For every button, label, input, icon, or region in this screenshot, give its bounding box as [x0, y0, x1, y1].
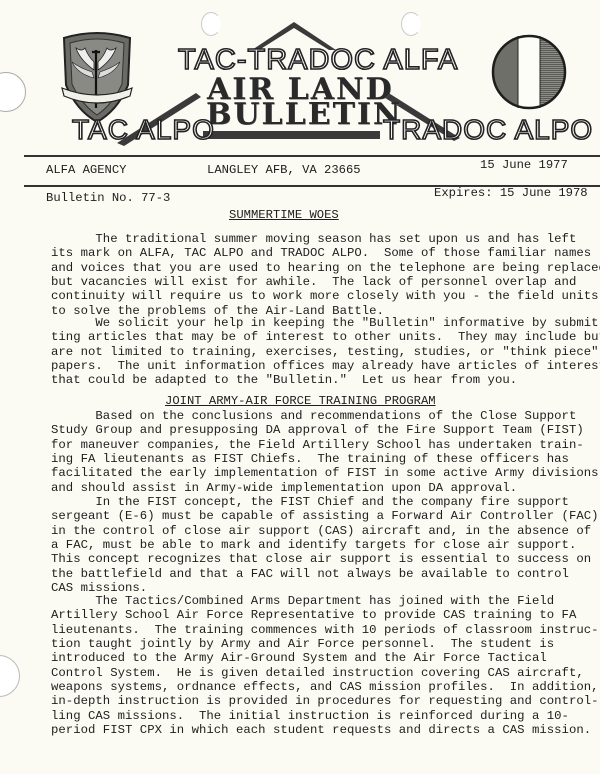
bulletin-page: TAC-TRADOC ALFA AIR LAND BULLETIN TAC AL… [0, 0, 600, 774]
agency-location: LANGLEY AFB, VA 23665 [207, 163, 361, 177]
bulletin-number: Bulletin No. 77-3 [46, 191, 170, 205]
tac-shield-emblem-icon [58, 30, 136, 125]
expiration-date: Expires: 15 June 1978 [434, 186, 588, 200]
tradoc-circle-emblem-icon [491, 32, 567, 112]
paragraph: Based on the conclusions and recommendat… [51, 409, 596, 495]
punch-hole [0, 655, 20, 697]
section-heading: JOINT ARMY-AIR FORCE TRAINING PROGRAM [165, 394, 436, 408]
paragraph: The traditional summer moving season has… [51, 232, 596, 318]
agency-name: ALFA AGENCY [46, 163, 126, 177]
masthead-right-label: TRADOC ALPO [383, 114, 593, 146]
issue-date: 15 June 1977 [480, 158, 568, 172]
paragraph: We solicit your help in keeping the "Bul… [51, 316, 596, 388]
masthead-left-label: TAC ALPO [72, 114, 215, 146]
masthead-title-line2: BULLETIN [206, 97, 402, 132]
masthead-underline-bar [203, 131, 380, 139]
paragraph: In the FIST concept, the FIST Chief and … [51, 495, 596, 595]
divider-rule [24, 155, 600, 157]
paragraph: The Tactics/Combined Arms Department has… [51, 594, 596, 737]
section-heading: SUMMERTIME WOES [229, 208, 339, 222]
